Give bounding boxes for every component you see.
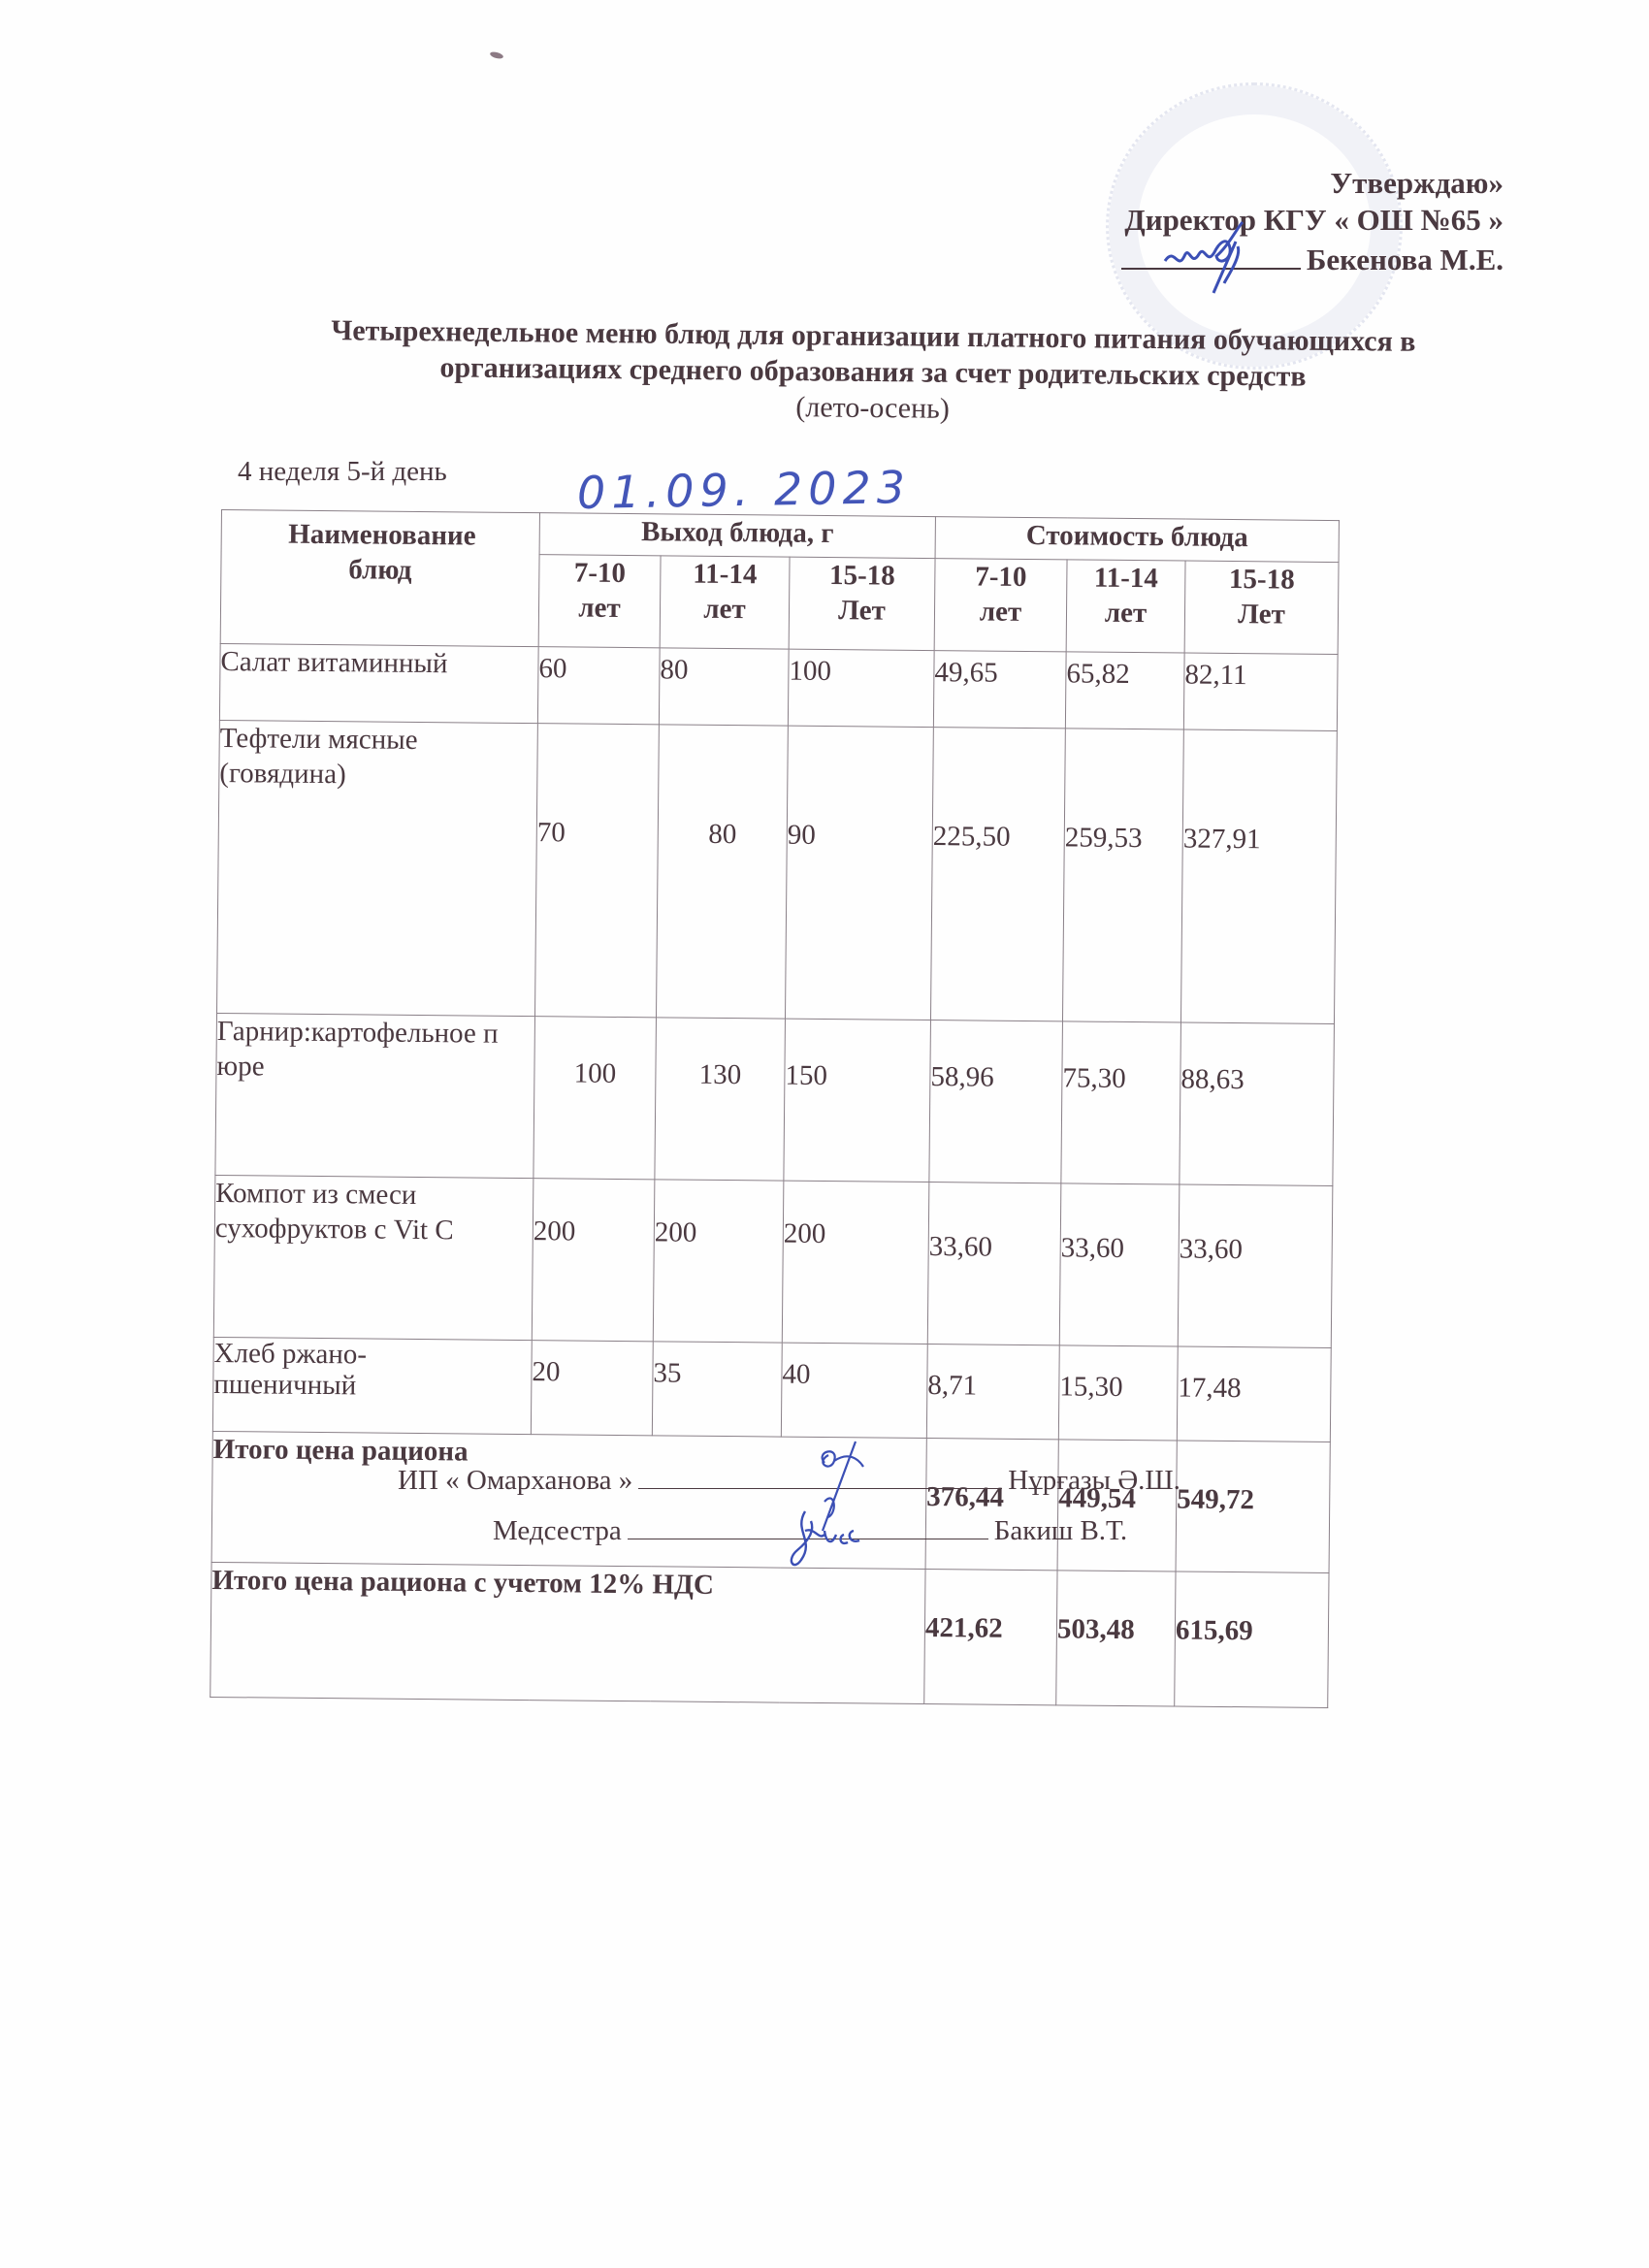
age-range: 7-10 (975, 561, 1026, 593)
table-header-row: Наименование блюд Выход блюда, г Стоимос… (221, 510, 1339, 563)
header-dish-name-text: Наименование блюд (288, 517, 473, 589)
header-yield-age-3: 15-18Лет (789, 557, 935, 650)
dish-name: Гарнир:картофельное пюре (215, 1013, 535, 1178)
cost-11-14: 75,30 (1061, 1021, 1181, 1184)
yield-15-18: 90 (785, 726, 933, 1020)
total-vat-row: Итого цена рациона с учетом 12% НДС 421,… (210, 1562, 1329, 1707)
yield-11-14: 130 (655, 1018, 786, 1181)
table-row: Гарнир:картофельное пюре 100 130 150 58,… (215, 1013, 1335, 1185)
nurse-signature-icon (776, 1502, 892, 1579)
dish-name-text: Тефтели мясные (говядина) (219, 721, 443, 793)
table-row: Хлеб ржано-пшеничный 20 35 40 8,71 15,30… (212, 1337, 1331, 1442)
yield-11-14: 80 (659, 648, 789, 726)
cost-15-18: 17,48 (1177, 1346, 1331, 1442)
supplier-signature-row: ИП « Омарханова »Нұрғазы Ә.Ш. (398, 1455, 1180, 1506)
age-unit: Лет (838, 595, 886, 626)
age-unit: лет (980, 597, 1022, 628)
total-vat-15-18: 615,69 (1175, 1571, 1329, 1708)
header-cost-group: Стоимость блюда (935, 517, 1339, 563)
age-unit: лет (578, 593, 621, 624)
header-dish-name: Наименование блюд (220, 510, 539, 647)
dish-name-text: Хлеб ржано-пшеничный (213, 1338, 379, 1402)
cost-11-14: 15,30 (1058, 1345, 1178, 1441)
cost-15-18: 33,60 (1178, 1184, 1333, 1348)
approval-block: Утверждаю» Директор КГУ « ОШ №65 » Бекен… (1121, 165, 1503, 278)
age-unit: лет (703, 594, 746, 625)
nurse-name: Бакиш В.Т. (994, 1515, 1127, 1546)
header-yield-age-1: 7-10лет (538, 555, 661, 648)
director-signature-icon (1160, 217, 1267, 295)
age-unit: лет (1105, 598, 1148, 629)
yield-7-10: 100 (533, 1017, 657, 1180)
dish-name: Тефтели мясные (говядина) (217, 720, 538, 1016)
document-page: Утверждаю» Директор КГУ « ОШ №65 » Бекен… (0, 0, 1649, 2268)
yield-7-10: 70 (534, 724, 659, 1018)
age-range: 15-18 (829, 560, 895, 592)
cost-7-10: 225,50 (930, 728, 1065, 1021)
dish-name: Компот из смеси сухофруктов с Vit C (213, 1175, 533, 1340)
cost-15-18: 327,91 (1180, 729, 1337, 1024)
director-signature-field (1121, 239, 1301, 270)
age-range: 15-18 (1229, 564, 1295, 596)
total-vat-7-10: 421,62 (924, 1570, 1057, 1705)
cost-15-18: 82,11 (1183, 653, 1338, 731)
title-main: Четырехнедельное меню блюд для организац… (331, 314, 1416, 393)
cost-7-10: 8,71 (926, 1345, 1059, 1440)
cost-11-14: 259,53 (1062, 729, 1183, 1022)
yield-15-18: 150 (784, 1019, 931, 1182)
table-row: Тефтели мясные (говядина) 70 80 90 225,5… (217, 720, 1338, 1023)
dish-name-text: Компот из смеси сухофруктов с Vit C (215, 1176, 517, 1248)
supplier-name: Нұрғазы Ә.Ш. (1008, 1465, 1180, 1496)
dish-name: Хлеб ржано-пшеничный (212, 1337, 532, 1434)
cost-7-10: 49,65 (933, 651, 1066, 729)
approval-signature-line: Бекенова М.Е. (1121, 239, 1503, 278)
header-yield-group: Выход блюда, г (539, 513, 935, 559)
total-15-18: 549,72 (1176, 1441, 1330, 1573)
table-row: Компот из смеси сухофруктов с Vit C 200 … (213, 1175, 1333, 1347)
cost-11-14: 33,60 (1059, 1183, 1180, 1346)
yield-11-14: 35 (652, 1342, 782, 1437)
yield-15-18: 200 (782, 1181, 929, 1344)
yield-7-10: 200 (532, 1179, 655, 1342)
total-vat-11-14: 503,48 (1056, 1571, 1176, 1706)
yield-15-18: 40 (781, 1343, 927, 1438)
header-cost-age-2: 11-14лет (1066, 560, 1185, 653)
cost-15-18: 88,63 (1180, 1022, 1335, 1186)
dish-name: Салат витаминный (219, 643, 538, 723)
cost-11-14: 65,82 (1065, 652, 1184, 729)
yield-11-14: 200 (653, 1180, 784, 1343)
header-yield-age-2: 11-14лет (660, 556, 790, 649)
approval-heading: Утверждаю» (1121, 165, 1503, 202)
week-day-label: 4 неделя 5-й день (238, 456, 447, 488)
age-range: 11-14 (693, 559, 757, 591)
document-title: Четырехнедельное меню блюд для организац… (242, 311, 1503, 433)
age-range: 7-10 (574, 557, 626, 589)
director-name: Бекенова М.Е. (1307, 243, 1503, 276)
yield-7-10: 60 (537, 647, 660, 725)
yield-7-10: 20 (531, 1341, 653, 1436)
age-unit: Лет (1238, 599, 1285, 630)
header-cost-age-3: 15-18Лет (1184, 561, 1339, 655)
age-range: 11-14 (1094, 563, 1158, 595)
total-vat-label: Итого цена рациона с учетом 12% НДС (210, 1562, 925, 1703)
table-row: Салат витаминный 60 80 100 49,65 65,82 8… (219, 643, 1338, 730)
dish-name-text: Гарнир:картофельное пюре (216, 1014, 508, 1086)
yield-15-18: 100 (788, 649, 934, 727)
cost-7-10: 58,96 (929, 1021, 1063, 1183)
cost-7-10: 33,60 (927, 1183, 1061, 1345)
scan-speck (489, 50, 503, 59)
header-cost-age-1: 7-10лет (934, 559, 1067, 652)
handwritten-date: 01.09. 2023 (577, 461, 912, 519)
supplier-role: ИП « Омарханова » (398, 1465, 632, 1496)
nurse-role: Медсестра (493, 1515, 622, 1546)
title-season: (лето-осень) (242, 383, 1503, 433)
yield-11-14: 80 (656, 725, 788, 1019)
